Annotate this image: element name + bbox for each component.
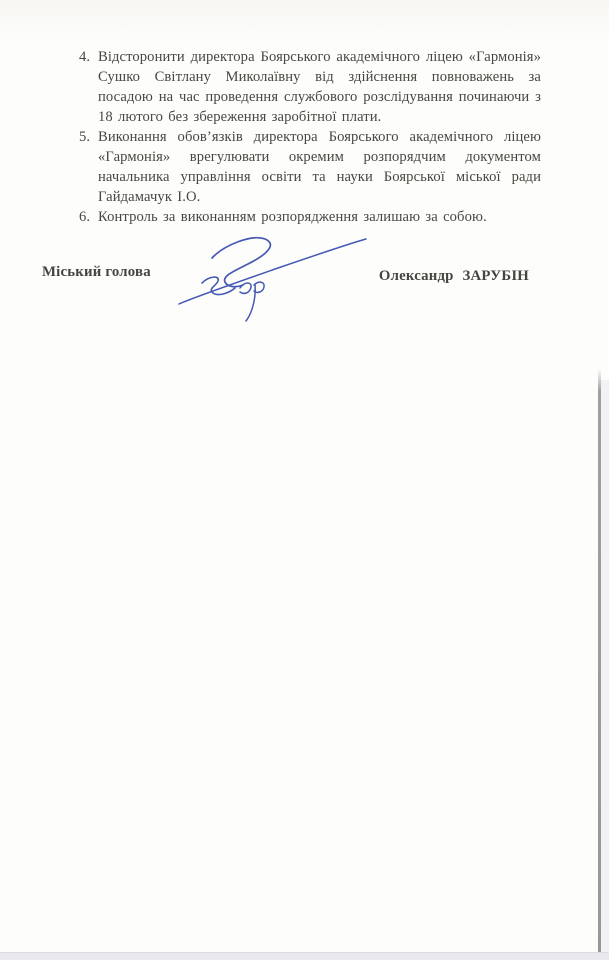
- background-bottom-band: [0, 952, 609, 960]
- list-item: 4. Відсторонити директора Боярського ака…: [79, 47, 541, 127]
- list-item-text: Виконання обов’язків директора Боярськог…: [98, 129, 541, 205]
- list-item-text: Відсторонити директора Боярського академ…: [98, 49, 541, 125]
- list-item-number: 4.: [79, 47, 90, 67]
- signer-position-label: Міський голова: [42, 264, 151, 281]
- list-item-text: Контроль за виконанням розпорядження зал…: [98, 209, 487, 225]
- list-item: 6. Контроль за виконанням розпорядження …: [79, 207, 541, 227]
- signer-name-label: Олександр ЗАРУБІН: [379, 268, 529, 285]
- ordered-list: 4. Відсторонити директора Боярського ака…: [79, 47, 541, 227]
- page-edge-highlight: [601, 380, 609, 953]
- list-item-number: 6.: [79, 207, 90, 227]
- page-edge-line: [598, 369, 601, 953]
- signature-block: Міський голова Олександр ЗАРУБІН: [42, 264, 529, 285]
- list-item: 5. Виконання обов’язків директора Боярсь…: [79, 127, 541, 207]
- list-item-number: 5.: [79, 127, 90, 147]
- page-background: 4. Відсторонити директора Боярського ака…: [0, 0, 609, 960]
